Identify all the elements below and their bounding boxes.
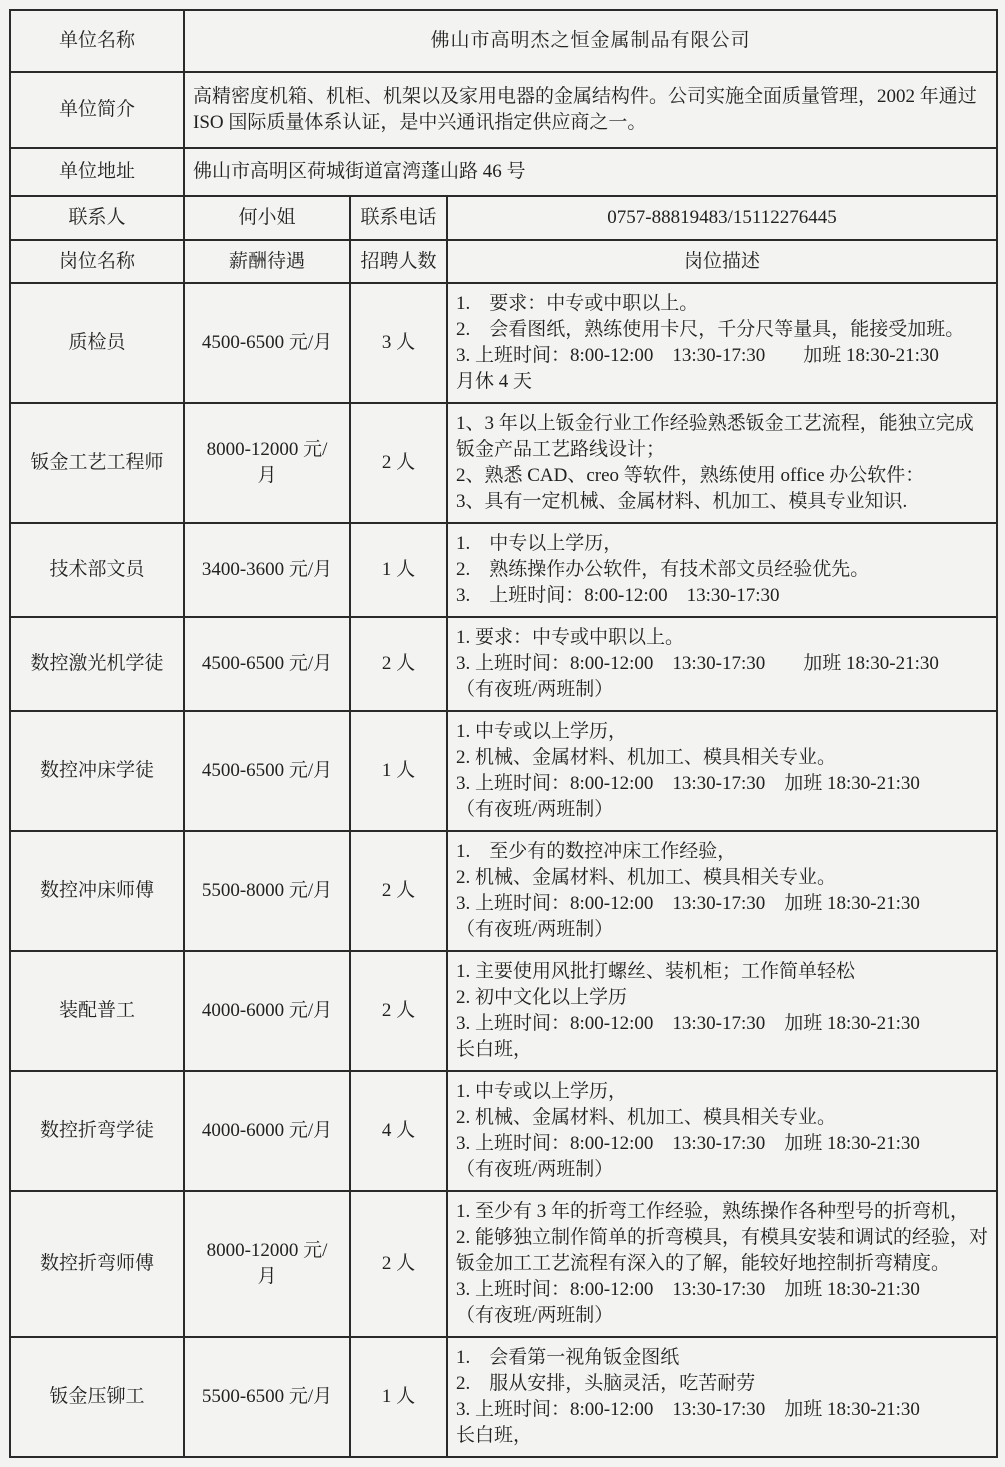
job-title-column-header: 岗位名称	[10, 240, 184, 283]
job-salary-cell: 4000-6000 元/月	[184, 951, 350, 1071]
job-title-cell: 数控折弯学徒	[10, 1071, 184, 1191]
headcount-column-header: 招聘人数	[350, 240, 447, 283]
job-salary-cell: 4000-6000 元/月	[184, 1071, 350, 1191]
job-description-cell: 1. 至少有 3 年的折弯工作经验，熟练操作各种型号的折弯机， 2. 能够独立制…	[447, 1191, 997, 1337]
job-title-cell: 数控激光机学徒	[10, 617, 184, 711]
job-title-cell: 数控冲床学徒	[10, 711, 184, 831]
recruitment-table: 单位名称 佛山市高明杰之恒金属制品有限公司 单位简介 高精密度机箱、机柜、机架以…	[9, 9, 998, 1458]
job-title-cell: 技术部文员	[10, 523, 184, 617]
job-salary-cell: 4500-6500 元/月	[184, 617, 350, 711]
job-salary-cell: 4500-6500 元/月	[184, 711, 350, 831]
job-salary-cell: 5500-6500 元/月	[184, 1337, 350, 1457]
job-title-cell: 钣金压铆工	[10, 1337, 184, 1457]
company-name-value: 佛山市高明杰之恒金属制品有限公司	[184, 10, 997, 72]
job-salary-cell: 5500-8000 元/月	[184, 831, 350, 951]
contact-label: 联系人	[10, 196, 184, 240]
job-row: 数控折弯学徒 4000-6000 元/月 4 人 1. 中专或以上学历， 2. …	[10, 1071, 997, 1191]
company-intro-row: 单位简介 高精密度机箱、机柜、机架以及家用电器的金属结构件。公司实施全面质量管理…	[10, 72, 997, 148]
job-description-cell: 1. 中专以上学历， 2. 熟练操作办公软件，有技术部文员经验优先。 3. 上班…	[447, 523, 997, 617]
job-title-cell: 数控冲床师傅	[10, 831, 184, 951]
job-row: 装配普工 4000-6000 元/月 2 人 1. 主要使用风批打螺丝、装机柜；…	[10, 951, 997, 1071]
job-headcount-cell: 1 人	[350, 711, 447, 831]
job-salary-cell: 8000-12000 元/ 月	[184, 1191, 350, 1337]
job-salary-cell: 3400-3600 元/月	[184, 523, 350, 617]
job-description-cell: 1. 要求：中专或中职以上。 3. 上班时间：8:00-12:00 13:30-…	[447, 617, 997, 711]
job-headcount-cell: 2 人	[350, 617, 447, 711]
company-intro-label: 单位简介	[10, 72, 184, 148]
job-description-cell: 1. 中专或以上学历， 2. 机械、金属材料、机加工、模具相关专业。 3. 上班…	[447, 1071, 997, 1191]
job-headcount-cell: 1 人	[350, 1337, 447, 1457]
contact-row: 联系人 何小姐 联系电话 0757-88819483/15112276445	[10, 196, 997, 240]
job-salary-cell: 4500-6500 元/月	[184, 283, 350, 403]
job-title-cell: 钣金工艺工程师	[10, 403, 184, 523]
job-headcount-cell: 2 人	[350, 1191, 447, 1337]
company-name-label: 单位名称	[10, 10, 184, 72]
company-address-row: 单位地址 佛山市高明区荷城街道富湾蓬山路 46 号	[10, 148, 997, 196]
job-headcount-cell: 2 人	[350, 831, 447, 951]
job-description-cell: 1、3 年以上钣金行业工作经验熟悉钣金工艺流程，能独立完成钣金产品工艺路线设计；…	[447, 403, 997, 523]
job-row: 质检员 4500-6500 元/月 3 人 1. 要求：中专或中职以上。 2. …	[10, 283, 997, 403]
recruitment-document-page: 单位名称 佛山市高明杰之恒金属制品有限公司 单位简介 高精密度机箱、机柜、机架以…	[0, 0, 1005, 1467]
salary-column-header: 薪酬待遇	[184, 240, 350, 283]
job-row: 技术部文员 3400-3600 元/月 1 人 1. 中专以上学历， 2. 熟练…	[10, 523, 997, 617]
job-headcount-cell: 1 人	[350, 523, 447, 617]
job-table-header-row: 岗位名称 薪酬待遇 招聘人数 岗位描述	[10, 240, 997, 283]
description-column-header: 岗位描述	[447, 240, 997, 283]
job-row: 钣金工艺工程师 8000-12000 元/ 月 2 人 1、3 年以上钣金行业工…	[10, 403, 997, 523]
phone-label: 联系电话	[350, 196, 447, 240]
job-row: 数控折弯师傅 8000-12000 元/ 月 2 人 1. 至少有 3 年的折弯…	[10, 1191, 997, 1337]
job-row: 数控冲床学徒 4500-6500 元/月 1 人 1. 中专或以上学历， 2. …	[10, 711, 997, 831]
job-headcount-cell: 4 人	[350, 1071, 447, 1191]
job-row: 数控冲床师傅 5500-8000 元/月 2 人 1. 至少有的数控冲床工作经验…	[10, 831, 997, 951]
company-address-label: 单位地址	[10, 148, 184, 196]
job-rows-section: 质检员 4500-6500 元/月 3 人 1. 要求：中专或中职以上。 2. …	[10, 283, 997, 1457]
job-salary-cell: 8000-12000 元/ 月	[184, 403, 350, 523]
job-description-cell: 1. 主要使用风批打螺丝、装机柜；工作简单轻松 2. 初中文化以上学历 3. 上…	[447, 951, 997, 1071]
job-description-cell: 1. 中专或以上学历， 2. 机械、金属材料、机加工、模具相关专业。 3. 上班…	[447, 711, 997, 831]
job-description-cell: 1. 要求：中专或中职以上。 2. 会看图纸，熟练使用卡尺，千分尺等量具，能接受…	[447, 283, 997, 403]
company-info-section: 单位名称 佛山市高明杰之恒金属制品有限公司 单位简介 高精密度机箱、机柜、机架以…	[10, 10, 997, 283]
contact-name-value: 何小姐	[184, 196, 350, 240]
job-headcount-cell: 2 人	[350, 403, 447, 523]
job-headcount-cell: 2 人	[350, 951, 447, 1071]
job-description-cell: 1. 会看第一视角钣金图纸 2. 服从安排，头脑灵活，吃苦耐劳 3. 上班时间：…	[447, 1337, 997, 1457]
company-name-row: 单位名称 佛山市高明杰之恒金属制品有限公司	[10, 10, 997, 72]
job-headcount-cell: 3 人	[350, 283, 447, 403]
job-title-cell: 数控折弯师傅	[10, 1191, 184, 1337]
job-row: 钣金压铆工 5500-6500 元/月 1 人 1. 会看第一视角钣金图纸 2.…	[10, 1337, 997, 1457]
job-title-cell: 装配普工	[10, 951, 184, 1071]
company-address-value: 佛山市高明区荷城街道富湾蓬山路 46 号	[184, 148, 997, 196]
phone-value: 0757-88819483/15112276445	[447, 196, 997, 240]
job-row: 数控激光机学徒 4500-6500 元/月 2 人 1. 要求：中专或中职以上。…	[10, 617, 997, 711]
job-title-cell: 质检员	[10, 283, 184, 403]
company-intro-value: 高精密度机箱、机柜、机架以及家用电器的金属结构件。公司实施全面质量管理，2002…	[184, 72, 997, 148]
job-description-cell: 1. 至少有的数控冲床工作经验， 2. 机械、金属材料、机加工、模具相关专业。 …	[447, 831, 997, 951]
